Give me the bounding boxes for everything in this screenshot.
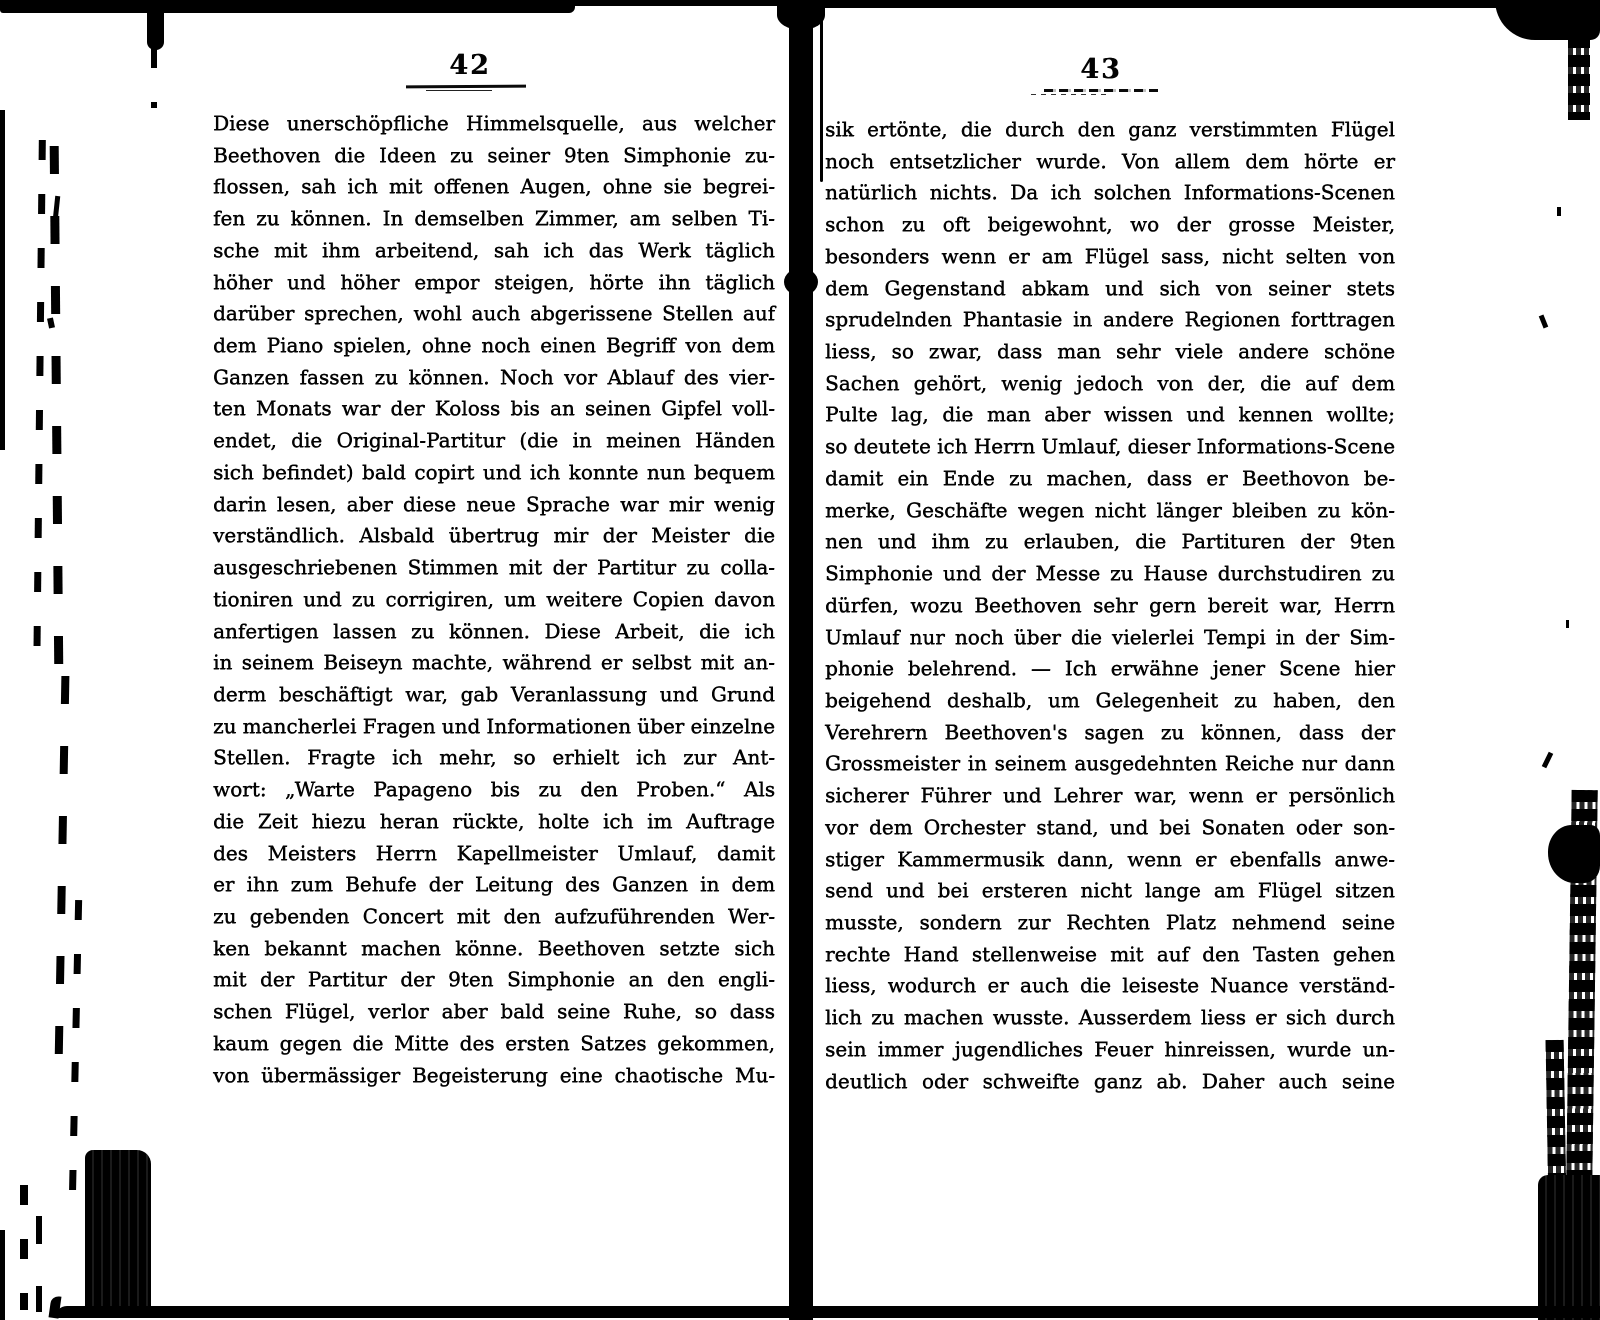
text-line: mitderPartiturder9tenSimphonieandenengli…	[213, 964, 775, 996]
text-line: vonübermässigerBegeisterungeinechaotisch…	[213, 1060, 775, 1092]
text-line: sendundbeiersterennichtlangeamFlügelsitz…	[825, 875, 1395, 907]
text-line: kaumgegendieMittedeserstenSatzesgekommen…	[213, 1028, 775, 1060]
scan-artifact-bottom-strip	[55, 1306, 1600, 1318]
text-line: schemitihmarbeitend,sahichdasWerktäglich	[213, 235, 775, 267]
text-line: fenzukönnen.IndemselbenZimmer,amselbenTi…	[213, 203, 775, 235]
scan-artifact-top-drip-tail	[151, 48, 157, 108]
scan-artifact-gutter-line	[820, 12, 823, 182]
page-text-left: DieseunerschöpflicheHimmelsquelle,auswel…	[213, 108, 775, 1091]
scan-artifact-right-speck-2	[1539, 315, 1549, 329]
text-line: UmlaufnurnochüberdievielerleiTempiinderS…	[825, 622, 1395, 654]
text-line: ausgeschriebenenStimmenmitderPartiturzuc…	[213, 552, 775, 584]
text-line: stigerKammermusikdann,wennerebenfallsanw…	[825, 844, 1395, 876]
scan-artifact-right-speck-3	[1566, 620, 1569, 628]
book-scan-spread: 42 DieseunerschöpflicheHimmelsquelle,aus…	[0, 0, 1600, 1320]
scan-artifact-right-blob	[1548, 825, 1600, 883]
page-number-rule-right	[1044, 89, 1158, 92]
scan-artifact-gutter-band	[789, 0, 813, 1320]
text-line: sichbefindet)baldcopirtundichkonntenunbe…	[213, 457, 775, 489]
page-number-rule-left-sub	[426, 90, 492, 91]
text-line: Sachengehört,wenigjedochvonder,dieaufdem	[825, 368, 1395, 400]
page-number-left: 42	[400, 50, 540, 81]
text-line: demGegenstandabkamundsichvonseinerstets	[825, 273, 1395, 305]
scan-artifact-left-streak-5	[20, 1185, 28, 1310]
scan-artifact-top-edge-right	[806, 0, 1522, 8]
page-text-right: sikertönte,diedurchdenganzverstimmtenFlü…	[825, 114, 1395, 1097]
text-line: musste,sondernzurRechtenPlatznehmendsein…	[825, 907, 1395, 939]
text-line: Pultelag,diemanaberwissenundkennenwollte…	[825, 399, 1395, 431]
text-line: sodeuteteichHerrnUmlauf,dieserInformatio…	[825, 431, 1395, 463]
text-line: besonderswenneramFlügelsass,nichtseltenv…	[825, 241, 1395, 273]
page-42: 42 DieseunerschöpflicheHimmelsquelle,aus…	[213, 0, 775, 1320]
text-line: liess,wodurcherauchdieleisesteNuancevers…	[825, 970, 1395, 1002]
scan-artifact-top-edge-mid	[555, 0, 800, 6]
text-line: liess,sozwar,dassmansehrvieleandereschön…	[825, 336, 1395, 368]
scan-artifact-left-edge-line-low	[0, 1230, 5, 1320]
text-line: SimphonieundderMessezuHausedurchstudiren…	[825, 558, 1395, 590]
text-line: sprudelndenPhantasieinandereRegionenfort…	[825, 304, 1395, 336]
text-line: erihnzumBehufederLeitungdesGanzenindem	[213, 869, 775, 901]
text-line: dermbeschäftigtwar,gabVeranlassungundGru…	[213, 679, 775, 711]
text-line: darübersprechen,wohlauchabgerisseneStell…	[213, 298, 775, 330]
text-line: zugebendenConcertmitdenaufzuführendenWer…	[213, 901, 775, 933]
scan-artifact-left-streak-1	[33, 140, 46, 680]
text-line: Stellen.Fragteichmehr,soerhieltichzurAnt…	[213, 742, 775, 774]
text-line: nochentsetzlicherwurde.Vonallemdemhörtee…	[825, 146, 1395, 178]
text-line: phoniebelehrend.—IcherwähnejenerScenehie…	[825, 653, 1395, 685]
text-line: GrossmeisterinseinemausgedehntenReichenu…	[825, 748, 1395, 780]
text-line: darinlesen,aberdieseneueSprachewarmirwen…	[213, 489, 775, 521]
scan-artifact-right-streak-3	[1538, 1175, 1600, 1320]
scan-artifact-left-streak-6	[36, 1200, 42, 1312]
text-line: deutlichoderschweifteganzab.Daherauchsei…	[825, 1066, 1395, 1098]
page-number-right: 43	[1031, 54, 1171, 85]
scan-artifact-left-edge-line	[0, 110, 5, 450]
text-line: natürlichnichts.DaichsolchenInformations…	[825, 177, 1395, 209]
text-line: dürfen,wozuBeethovensehrgernbereitwar,He…	[825, 590, 1395, 622]
page-number-block-right: 43	[1031, 54, 1171, 95]
text-line: sichererFührerundLehrerwar,wennerpersönl…	[825, 780, 1395, 812]
text-line: Ganzenfassenzukönnen.NochvorAblaufdesvie…	[213, 362, 775, 394]
text-line: DieseunerschöpflicheHimmelsquelle,auswel…	[213, 108, 775, 140]
page-number-block-left: 42	[400, 50, 540, 91]
text-line: demPianospielen,ohnenocheinenBegriffvond…	[213, 330, 775, 362]
text-line: BeethovendieIdeenzuseiner9tenSimphoniezu…	[213, 140, 775, 172]
text-line: wort:„WartePapagenobiszudenProben.“Als	[213, 774, 775, 806]
scan-artifact-gutter-funnel	[777, 0, 825, 30]
text-line: damiteinEndezumachen,dasserBeethovonbe-	[825, 463, 1395, 495]
scan-artifact-top-right-blob	[1495, 0, 1600, 40]
scan-artifact-top-edge-left	[0, 0, 575, 13]
text-line: rechteHandstellenweisemitaufdenTastengeh…	[825, 939, 1395, 971]
text-line: vordemOrchesterstand,undbeiSonatenoderso…	[825, 812, 1395, 844]
scan-artifact-top-right-tail	[1568, 36, 1590, 120]
page-number-rule-right-sub	[1031, 94, 1111, 95]
text-line: sikertönte,diedurchdenganzverstimmtenFlü…	[825, 114, 1395, 146]
text-line: nenundihmzuerlauben,diePartiturender9ten	[825, 526, 1395, 558]
page-number-rule-left	[406, 85, 526, 89]
page-43: 43 sikertönte,diedurchdenganzverstimmten…	[825, 0, 1395, 1320]
text-line: tenMonatswarderKolossbisanseinenGipfelvo…	[213, 393, 775, 425]
text-line: anfertigenlassenzukönnen.DieseArbeit,die…	[213, 616, 775, 648]
scan-artifact-right-speck-1	[1557, 207, 1561, 216]
text-line: tionirenundzucorrigiren,umweitereCopiend…	[213, 584, 775, 616]
scan-artifact-bottom-left-blotch	[85, 1150, 151, 1318]
text-line: zumancherleiFragenundInformationenüberei…	[213, 711, 775, 743]
scan-artifact-gutter-bulge	[784, 268, 818, 296]
text-line: kenbekanntmachenkönne.Beethovensetztesic…	[213, 933, 775, 965]
text-line: seinimmerjugendlichesFeuerhinreissen,wur…	[825, 1034, 1395, 1066]
text-line: höherundhöheremporsteigen,hörteihntäglic…	[213, 267, 775, 299]
text-line: schonzuoftbeigewohnt,wodergrosseMeister,	[825, 209, 1395, 241]
text-line: VerehrernBeethoven'ssagenzukönnen,dassde…	[825, 717, 1395, 749]
text-line: endet,dieOriginal-Partitur(dieinmeinenHä…	[213, 425, 775, 457]
text-line: desMeistersHerrnKapellmeisterUmlauf,dami…	[213, 838, 775, 870]
text-line: inseinemBeiseynmachte,währenderselbstmit…	[213, 647, 775, 679]
text-line: beigehenddeshalb,umGelegenheitzuhaben,de…	[825, 685, 1395, 717]
text-line: lichzumachenwusste.Ausserdemliessersichd…	[825, 1002, 1395, 1034]
text-line: merke,Geschäftewegennichtlängerbleibenzu…	[825, 495, 1395, 527]
scan-artifact-left-streak-4	[69, 900, 82, 1200]
scan-artifact-top-drip	[147, 8, 164, 50]
text-line: verständlich.AlsbaldübertrugmirderMeiste…	[213, 520, 775, 552]
scan-artifact-left-streak-3	[54, 660, 69, 1080]
scan-artifact-right-speck-4	[1542, 752, 1554, 769]
text-line: dieZeithiezuheranrückte,holteichimAuftra…	[213, 806, 775, 838]
text-line: schenFlügel,verloraberbaldseineRuhe,soda…	[213, 996, 775, 1028]
text-line: flossen,sahichmitoffenenAugen,ohnesiebeg…	[213, 171, 775, 203]
